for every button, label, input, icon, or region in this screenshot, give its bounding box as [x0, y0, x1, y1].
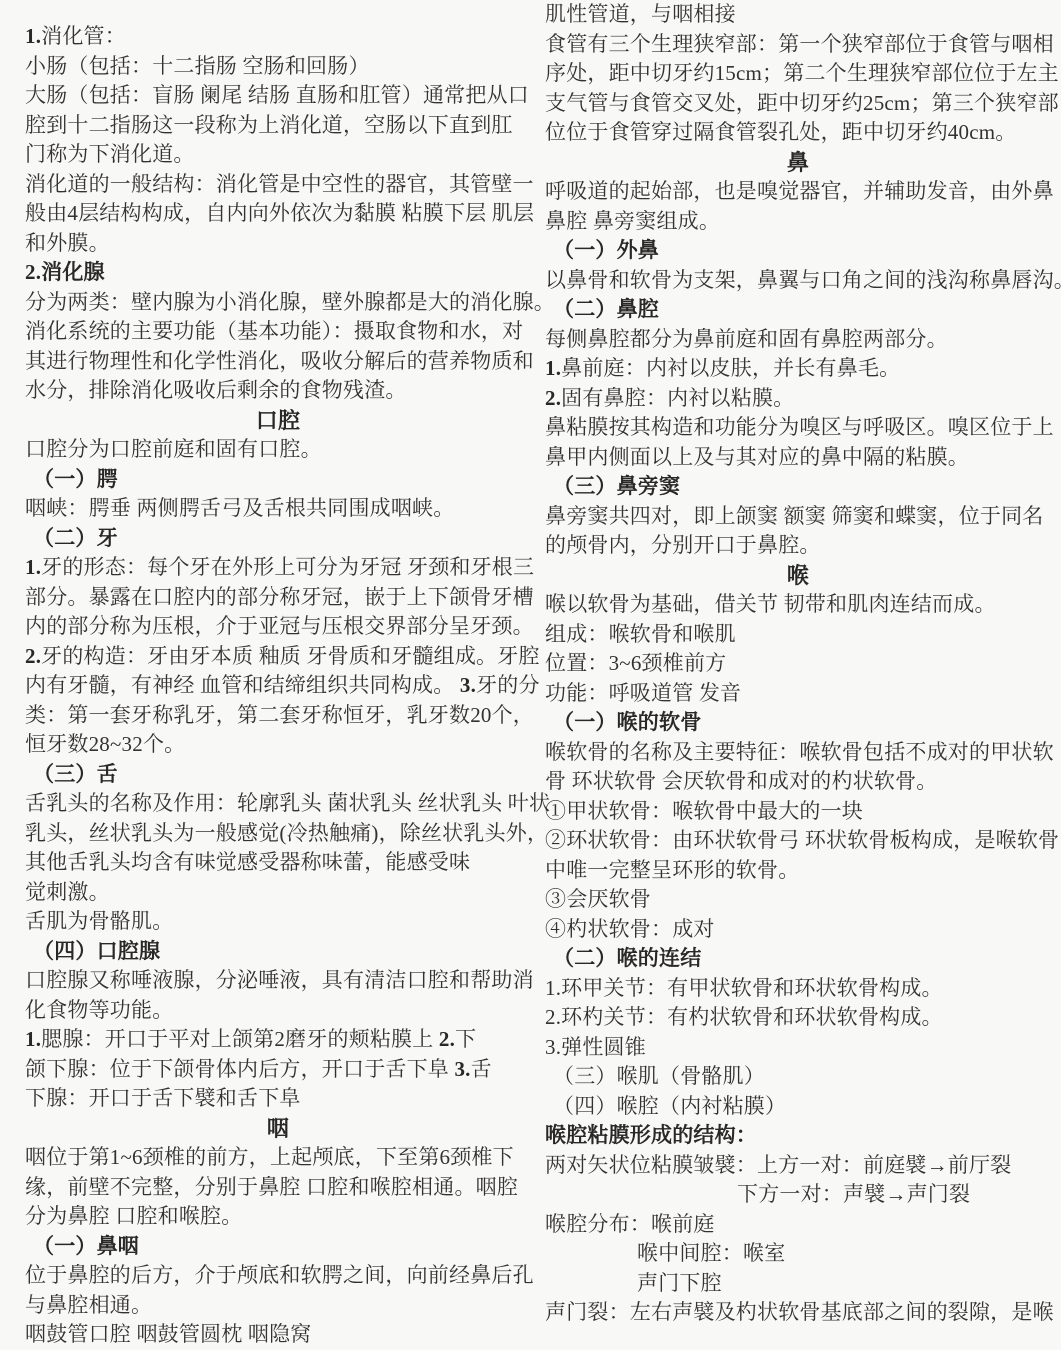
text-line: 1.牙的形态：每个牙在外形上可分为牙冠 牙颈和牙根三	[25, 553, 531, 583]
text-line: 每侧鼻腔都分为鼻前庭和固有鼻腔两部分。	[545, 325, 1051, 355]
text-line: 3.弹性圆锥	[545, 1033, 1051, 1063]
section-heading: 喉	[545, 561, 1051, 591]
text-line: 类：第一套牙称乳牙，第二套牙称恒牙，乳牙数20个，	[25, 701, 531, 731]
text-line: 位于鼻腔的后方，介于颅底和软腭之间，向前经鼻后孔	[25, 1261, 531, 1291]
text-line: ②环状软骨：由环状软骨弓 环状软骨板构成，是喉软骨	[545, 826, 1051, 856]
text-line: 与鼻腔相通。	[25, 1291, 531, 1321]
text-line: 小肠（包括：十二指肠 空肠和回肠）	[25, 52, 531, 82]
text-line: ①甲状软骨：喉软骨中最大的一块	[545, 797, 1051, 827]
text-line: 分为两类：壁内腺为小消化腺，壁外腺都是大的消化腺。	[25, 288, 531, 318]
text-line: 肌性管道，与咽相接	[545, 0, 1051, 30]
text-line: 其进行物理性和化学性消化，吸收分解后的营养物质和	[25, 347, 531, 377]
text-line: 位位于食管穿过隔食管裂孔处，距中切牙约40cm。	[545, 118, 1051, 148]
text-line: 舌肌为骨骼肌。	[25, 907, 531, 937]
text-line: 般由4层结构构成，自内向外依次为黏膜 粘膜下层 肌层	[25, 199, 531, 229]
text-line: 鼻甲内侧面以上及与其对应的鼻中隔的粘膜。	[545, 443, 1051, 473]
text-line: 两对矢状位粘膜皱襞：上方一对：前庭襞→前厅裂	[545, 1151, 1051, 1181]
text-line: 以鼻骨和软骨为支架，鼻翼与口角之间的浅沟称鼻唇沟。	[545, 266, 1051, 296]
text-line: 1.腮腺：开口于平对上颌第2磨牙的颊粘膜上 2.下	[25, 1025, 531, 1055]
section-heading: 鼻	[545, 148, 1051, 178]
text-line: 腔到十二指肠这一段称为上消化道，空肠以下直到肛	[25, 111, 531, 141]
text-line: 鼻旁窦共四对，即上颌窦 额窦 筛窦和蝶窦，位于同名	[545, 502, 1051, 532]
text-line: 其他舌乳头均含有味觉感受器称味蕾，能感受味	[25, 848, 531, 878]
sub-heading: （二）牙	[25, 524, 531, 554]
text-line: 咽鼓管口腔 咽鼓管圆枕 咽隐窝	[25, 1320, 531, 1350]
text-line: （四）喉腔（内衬粘膜）	[545, 1092, 1051, 1122]
text-line: 觉刺激。	[25, 878, 531, 908]
text-line: 下腺：开口于舌下襞和舌下阜	[25, 1084, 531, 1114]
notes-page: 1.消化管：小肠（包括：十二指肠 空肠和回肠）大肠（包括：盲肠 阑尾 结肠 直肠…	[0, 0, 1061, 1350]
text-line: 和外膜。	[25, 229, 531, 259]
text-line: 1.消化管：	[25, 22, 531, 52]
text-line: ④杓状软骨：成对	[545, 915, 1051, 945]
text-line: 2.固有鼻腔：内衬以粘膜。	[545, 384, 1051, 414]
sub-heading: （一）腭	[25, 465, 531, 495]
text-line: 功能：呼吸道管 发音	[545, 679, 1051, 709]
text-line: 消化系统的主要功能（基本功能）：摄取食物和水，对	[25, 317, 531, 347]
text-line: 水分，排除消化吸收后剩余的食物残渣。	[25, 376, 531, 406]
text-line: 声门下腔	[545, 1269, 1051, 1299]
text-line: 内的部分称为压根，介于亚冠与压根交界部分呈牙颈。	[25, 612, 531, 642]
bold-heading-line: 2.消化腺	[25, 258, 531, 288]
text-line: 2.牙的构造：牙由牙本质 釉质 牙骨质和牙髓组成。牙腔	[25, 642, 531, 672]
text-line: 颌下腺：位于下颌骨体内后方，开口于舌下阜 3.舌	[25, 1055, 531, 1085]
text-line: 咽峡：腭垂 两侧腭舌弓及舌根共同围成咽峡。	[25, 494, 531, 524]
text-line: 口腔腺又称唾液腺，分泌唾液，具有清洁口腔和帮助消	[25, 966, 531, 996]
text-line: 1.鼻前庭：内衬以皮肤，并长有鼻毛。	[545, 354, 1051, 384]
section-heading: 口腔	[25, 406, 531, 436]
text-line: 部分。暴露在口腔内的部分称牙冠，嵌于上下颌骨牙槽	[25, 583, 531, 613]
text-line: 缘，前壁不完整，分别于鼻腔 口腔和喉腔相通。咽腔	[25, 1173, 531, 1203]
text-line: 2.环杓关节：有杓状软骨和环状软骨构成。	[545, 1003, 1051, 1033]
sub-heading: （二）喉的连结	[545, 944, 1051, 974]
text-line: 支气管与食管交叉处，距中切牙约25cm；第三个狭窄部	[545, 89, 1051, 119]
text-line: 下方一对：声襞→声门裂	[545, 1180, 1051, 1210]
text-line: 门称为下消化道。	[25, 140, 531, 170]
text-line: 位置：3~6颈椎前方	[545, 649, 1051, 679]
text-line: 呼吸道的起始部，也是嗅觉器官，并辅助发音，由外鼻	[545, 177, 1051, 207]
text-line: 食管有三个生理狭窄部：第一个狭窄部位于食管与咽相	[545, 30, 1051, 60]
text-line: 的颅骨内，分别开口于鼻腔。	[545, 531, 1051, 561]
text-line: 中唯一完整呈环形的软骨。	[545, 856, 1051, 886]
text-line: 舌乳头的名称及作用：轮廓乳头 菌状乳头 丝状乳头 叶状	[25, 789, 531, 819]
text-line: 咽位于第1~6颈椎的前方，上起颅底，下至第6颈椎下	[25, 1143, 531, 1173]
right-column: 肌性管道，与咽相接食管有三个生理狭窄部：第一个狭窄部位于食管与咽相序处，距中切牙…	[545, 0, 1051, 1328]
text-line: 1.环甲关节：有甲状软骨和环状软骨构成。	[545, 974, 1051, 1004]
text-line: 鼻腔 鼻旁窦组成。	[545, 207, 1051, 237]
text-line: 组成：喉软骨和喉肌	[545, 620, 1051, 650]
text-line: 内有牙髓，有神经 血管和结缔组织共同构成。 3.牙的分	[25, 671, 531, 701]
sub-heading: （四）口腔腺	[25, 937, 531, 967]
sub-heading: （三）舌	[25, 760, 531, 790]
text-line: ③会厌软骨	[545, 885, 1051, 915]
section-heading: 咽	[25, 1114, 531, 1144]
bold-heading-line: 喉腔粘膜形成的结构：	[545, 1121, 1051, 1151]
text-line: 喉以软骨为基础，借关节 韧带和肌肉连结而成。	[545, 590, 1051, 620]
text-line: 消化道的一般结构：消化管是中空性的器官，其管壁一	[25, 170, 531, 200]
text-line: 恒牙数28~32个。	[25, 730, 531, 760]
text-line: 喉腔分布：喉前庭	[545, 1210, 1051, 1240]
text-line: 鼻粘膜按其构造和功能分为嗅区与呼吸区。嗅区位于上	[545, 413, 1051, 443]
text-line: 喉软骨的名称及主要特征：喉软骨包括不成对的甲状软	[545, 738, 1051, 768]
sub-heading: （一）外鼻	[545, 236, 1051, 266]
left-column: 1.消化管：小肠（包括：十二指肠 空肠和回肠）大肠（包括：盲肠 阑尾 结肠 直肠…	[25, 0, 531, 1350]
text-line: 声门裂：左右声襞及杓状软骨基底部之间的裂隙，是喉	[545, 1298, 1051, 1328]
text-line: （三）喉肌（骨骼肌）	[545, 1062, 1051, 1092]
text-line: 化食物等功能。	[25, 996, 531, 1026]
text-line: 分为鼻腔 口腔和喉腔。	[25, 1202, 531, 1232]
text-line: 骨 环状软骨 会厌软骨和成对的杓状软骨。	[545, 767, 1051, 797]
sub-heading: （二）鼻腔	[545, 295, 1051, 325]
text-line: 喉中间腔：喉室	[545, 1239, 1051, 1269]
sub-heading: （三）鼻旁窦	[545, 472, 1051, 502]
text-line: 序处，距中切牙约15cm；第二个生理狭窄部位位于左主	[545, 59, 1051, 89]
sub-heading: （一）喉的软骨	[545, 708, 1051, 738]
text-line: 口腔分为口腔前庭和固有口腔。	[25, 435, 531, 465]
sub-heading: （一）鼻咽	[25, 1232, 531, 1262]
text-line: 乳头，丝状乳头为一般感觉(冷热触痛)，除丝状乳头外，	[25, 819, 531, 849]
text-line: 大肠（包括：盲肠 阑尾 结肠 直肠和肛管）通常把从口	[25, 81, 531, 111]
